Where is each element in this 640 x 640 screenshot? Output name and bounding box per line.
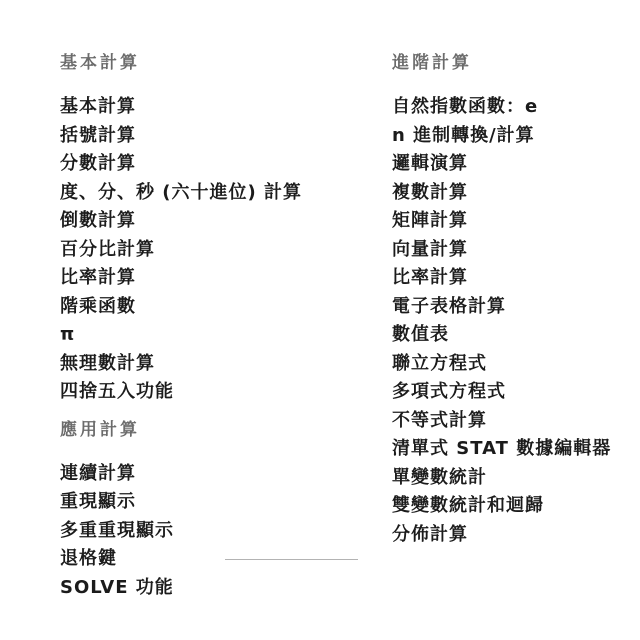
toc-item: 階乘函數 [60, 293, 370, 322]
toc-item: 不等式計算 [392, 407, 632, 436]
toc-item: 邏輯演算 [392, 150, 632, 179]
toc-item: 基本計算 [60, 93, 370, 122]
toc-item: 數值表 [392, 321, 632, 350]
toc-item: 清單式 STAT 數據編輯器 [392, 435, 632, 464]
toc-item: 向量計算 [392, 236, 632, 265]
toc-item: SOLVE 功能 [60, 574, 370, 603]
toc-item: 度、分、秒 (六十進位) 計算 [60, 179, 370, 208]
divider-line [225, 559, 358, 560]
toc-column-left: 基本計算基本計算括號計算分數計算度、分、秒 (六十進位) 計算倒數計算百分比計算… [60, 50, 370, 602]
section-item-list: 連續計算重現顯示多重重現顯示退格鍵SOLVE 功能 [60, 460, 370, 603]
toc-column-right: 進階計算自然指數函數：en 進制轉換/計算邏輯演算複數計算矩陣計算向量計算比率計… [392, 50, 632, 549]
toc-item: 連續計算 [60, 460, 370, 489]
toc-item: 聯立方程式 [392, 350, 632, 379]
toc-item: n 進制轉換/計算 [392, 122, 632, 151]
toc-item: 分佈計算 [392, 521, 632, 550]
toc-item: 比率計算 [392, 264, 632, 293]
toc-section: 進階計算自然指數函數：en 進制轉換/計算邏輯演算複數計算矩陣計算向量計算比率計… [392, 50, 632, 549]
section-item-list: 基本計算括號計算分數計算度、分、秒 (六十進位) 計算倒數計算百分比計算比率計算… [60, 93, 370, 407]
toc-item: 比率計算 [60, 264, 370, 293]
toc-item: 自然指數函數：e [392, 93, 632, 122]
section-header: 應用計算 [60, 417, 370, 443]
section-header: 基本計算 [60, 50, 370, 76]
section-item-list: 自然指數函數：en 進制轉換/計算邏輯演算複數計算矩陣計算向量計算比率計算電子表… [392, 93, 632, 549]
toc-item: π [60, 321, 370, 350]
toc-item: 雙變數統計和迴歸 [392, 492, 632, 521]
toc-item: 矩陣計算 [392, 207, 632, 236]
toc-item: 分數計算 [60, 150, 370, 179]
toc-item: 電子表格計算 [392, 293, 632, 322]
toc-item: 複數計算 [392, 179, 632, 208]
toc-item: 多重重現顯示 [60, 517, 370, 546]
toc-item: 無理數計算 [60, 350, 370, 379]
toc-item: 百分比計算 [60, 236, 370, 265]
toc-item: 單變數統計 [392, 464, 632, 493]
section-header: 進階計算 [392, 50, 632, 76]
toc-item: 括號計算 [60, 122, 370, 151]
toc-item: 多項式方程式 [392, 378, 632, 407]
toc-item: 重現顯示 [60, 488, 370, 517]
toc-section: 應用計算連續計算重現顯示多重重現顯示退格鍵SOLVE 功能 [60, 417, 370, 603]
toc-item: 四捨五入功能 [60, 378, 370, 407]
manual-toc-page: 基本計算基本計算括號計算分數計算度、分、秒 (六十進位) 計算倒數計算百分比計算… [0, 0, 640, 640]
toc-section: 基本計算基本計算括號計算分數計算度、分、秒 (六十進位) 計算倒數計算百分比計算… [60, 50, 370, 407]
toc-item: 倒數計算 [60, 207, 370, 236]
